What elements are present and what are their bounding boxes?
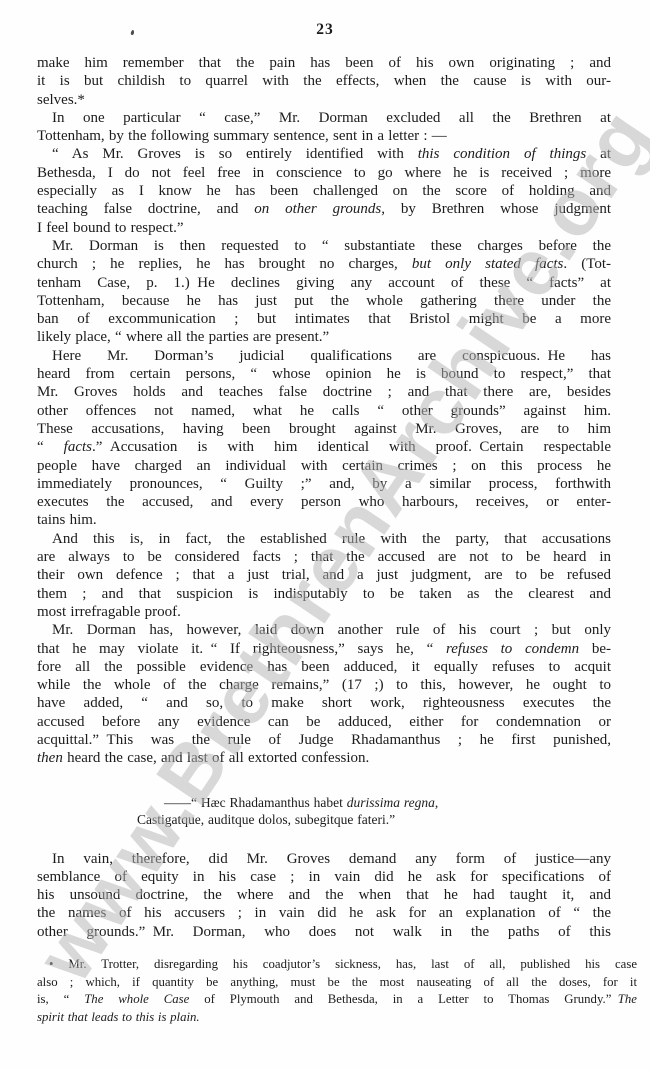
- paragraph: Mr. Dorman is then requested to “ substa…: [37, 237, 611, 347]
- text-line: Tottenham, because he has just put the w…: [37, 292, 611, 310]
- paragraph: And this is, in fact, the established ru…: [37, 530, 611, 621]
- text-line: other grounds.” Mr. Dorman, who does not…: [37, 923, 611, 941]
- text-line: I feel bound to respect.”: [37, 219, 611, 237]
- page-body: make him remember that the pain has been…: [37, 54, 611, 1026]
- text-line: also ; which, if quantity be anything, m…: [37, 974, 637, 992]
- text-line: fore all the possible evidence has been …: [37, 658, 611, 676]
- paragraph: Mr. Dorman has, however, laid down anoth…: [37, 621, 611, 767]
- text-line: “ facts.” Accusation is with him identic…: [37, 438, 611, 456]
- text-line: immediately pronounces, “ Guilty ;” and,…: [37, 475, 611, 493]
- text-line: selves.*: [37, 91, 611, 109]
- text-line: Mr. Dorman has, however, laid down anoth…: [37, 621, 611, 639]
- text-line: semblance of equity in his case ; in vai…: [37, 868, 611, 886]
- text-line: them ; and that suspicion is indisputabl…: [37, 585, 611, 603]
- text-line: it is but childish to quarrel with the e…: [37, 72, 611, 90]
- text-line: Here Mr. Dorman’s judicial qualification…: [37, 347, 611, 365]
- text-line: teaching false doctrine, and on other gr…: [37, 200, 611, 218]
- text-line: “ As Mr. Groves is so entirely identifie…: [37, 145, 611, 163]
- text-line: Bethesda, I do not feel free in conscien…: [37, 164, 611, 182]
- text-line: spirit that leads to this is plain.: [37, 1009, 637, 1027]
- text-line: the names of his accusers ; in vain did …: [37, 904, 611, 922]
- text-line: while the whole of the charge remains,” …: [37, 676, 611, 694]
- text-line: is, “ The whole Case of Plymouth and Bet…: [37, 991, 637, 1009]
- text-line: executes the accused, and every person w…: [37, 493, 611, 511]
- footnote: • Mr. Trotter, disregarding his coadjuto…: [37, 956, 637, 1026]
- text-line: make him remember that the pain has been…: [37, 54, 611, 72]
- text-line: tenham Case, p. 1.) He declines giving a…: [37, 274, 611, 292]
- paragraph: In vain, therefore, did Mr. Groves deman…: [37, 850, 611, 941]
- text-line: most irrefragable proof.: [37, 603, 611, 621]
- text-line: In one particular “ case,” Mr. Dorman ex…: [37, 109, 611, 127]
- verse: ——“ Hæc Rhadamanthus habet durissima reg…: [137, 794, 611, 828]
- paragraph: In one particular “ case,” Mr. Dorman ex…: [37, 109, 611, 146]
- text-line: acquittal.” This was the rule of Judge R…: [37, 731, 611, 749]
- text-line: their own defence ; that a just trial, a…: [37, 566, 611, 584]
- scanned-book-page: 23 make him remember that the pain has b…: [0, 0, 650, 1070]
- text-line: are always to be considered facts ; that…: [37, 548, 611, 566]
- text-line: that he may violate it. “ If righteousne…: [37, 640, 611, 658]
- text-line: people have charged an individual with c…: [37, 457, 611, 475]
- text-line: have added, “ and so, to make short work…: [37, 694, 611, 712]
- text-line: especially as I know he has been challen…: [37, 182, 611, 200]
- text-line: accused before any evidence can be adduc…: [37, 713, 611, 731]
- text-line: tains him.: [37, 511, 611, 529]
- text-line: These accusations, having been brought a…: [37, 420, 611, 438]
- text-line: ——“ Hæc Rhadamanthus habet durissima reg…: [137, 794, 611, 811]
- text-line: his unsound doctrine, the where and the …: [37, 886, 611, 904]
- page-number: 23: [0, 21, 650, 39]
- text-line: other offences not named, what he calls …: [37, 402, 611, 420]
- text-line: • Mr. Trotter, disregarding his coadjuto…: [37, 956, 637, 974]
- paragraph: make him remember that the pain has been…: [37, 54, 611, 109]
- paragraph: “ As Mr. Groves is so entirely identifie…: [37, 145, 611, 236]
- text-line: then heard the case, and last of all ext…: [37, 749, 611, 767]
- paragraph: Here Mr. Dorman’s judicial qualification…: [37, 347, 611, 530]
- text-line: heard from certain persons, “ whose opin…: [37, 365, 611, 383]
- text-line: Castigatque, auditque dolos, subegitque …: [137, 811, 611, 828]
- text-line: And this is, in fact, the established ru…: [37, 530, 611, 548]
- text-line: likely place, “ where all the parties ar…: [37, 328, 611, 346]
- text-line: Mr. Groves holds and teaches false doctr…: [37, 383, 611, 401]
- text-line: church ; he replies, he has brought no c…: [37, 255, 611, 273]
- text-line: ban of excommunication ; but intimates t…: [37, 310, 611, 328]
- text-line: Mr. Dorman is then requested to “ substa…: [37, 237, 611, 255]
- text-line: In vain, therefore, did Mr. Groves deman…: [37, 850, 611, 868]
- text-line: Tottenham, by the following summary sent…: [37, 127, 611, 145]
